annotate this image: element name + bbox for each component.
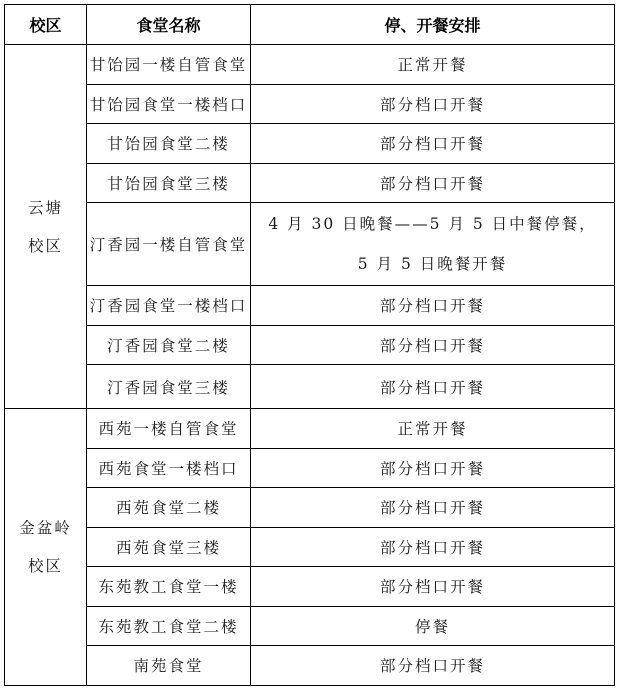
arrangement-line-1: 4 月 30 日晚餐——5 月 5 日中餐停餐，: [251, 204, 614, 244]
arrangement: 部分档口开餐: [251, 286, 615, 326]
arrangement: 部分档口开餐: [251, 567, 615, 607]
arrangement: 部分档口开餐: [251, 527, 615, 567]
canteen-name: 东苑教工食堂一楼: [87, 567, 251, 607]
canteen-name: 汀香园食堂三楼: [87, 365, 251, 409]
canteen-name: 南苑食堂: [87, 646, 251, 686]
campus-cell-jinpenling: 金盆岭 校区: [5, 409, 87, 686]
table-row: 东苑教工食堂一楼 部分档口开餐: [5, 567, 615, 607]
table-row: 甘饴园食堂三楼 部分档口开餐: [5, 163, 615, 203]
canteen-name: 西苑食堂三楼: [87, 527, 251, 567]
table-row: 甘饴园食堂二楼 部分档口开餐: [5, 124, 615, 164]
canteen-name: 甘饴园食堂一楼档口: [87, 84, 251, 124]
campus-name: 云塘: [5, 189, 86, 227]
table-row: 汀香园食堂二楼 部分档口开餐: [5, 325, 615, 365]
table-row: 甘饴园食堂一楼档口 部分档口开餐: [5, 84, 615, 124]
campus-cell-yuntang: 云塘 校区: [5, 45, 87, 409]
arrangement: 部分档口开餐: [251, 448, 615, 488]
canteen-name: 汀香园食堂二楼: [87, 325, 251, 365]
canteen-name: 西苑一楼自管食堂: [87, 409, 251, 449]
arrangement: 部分档口开餐: [251, 646, 615, 686]
table-row: 西苑食堂一楼档口 部分档口开餐: [5, 448, 615, 488]
canteen-schedule-table: 校区 食堂名称 停、开餐安排 云塘 校区 甘饴园一楼自管食堂 正常开餐 甘饴园食…: [4, 4, 615, 686]
table-row: 云塘 校区 甘饴园一楼自管食堂 正常开餐: [5, 45, 615, 85]
arrangement: 部分档口开餐: [251, 325, 615, 365]
table-row: 汀香园一楼自管食堂 4 月 30 日晚餐——5 月 5 日中餐停餐， 5 月 5…: [5, 203, 615, 286]
arrangement: 部分档口开餐: [251, 365, 615, 409]
arrangement: 正常开餐: [251, 45, 615, 85]
arrangement: 部分档口开餐: [251, 163, 615, 203]
table-row: 西苑食堂二楼 部分档口开餐: [5, 488, 615, 528]
table-row: 东苑教工食堂二楼 停餐: [5, 606, 615, 646]
canteen-name: 西苑食堂一楼档口: [87, 448, 251, 488]
header-campus: 校区: [5, 5, 87, 45]
canteen-name: 西苑食堂二楼: [87, 488, 251, 528]
header-canteen-name: 食堂名称: [87, 5, 251, 45]
canteen-name: 甘饴园食堂三楼: [87, 163, 251, 203]
table-row: 汀香园食堂三楼 部分档口开餐: [5, 365, 615, 409]
arrangement: 部分档口开餐: [251, 84, 615, 124]
table-header-row: 校区 食堂名称 停、开餐安排: [5, 5, 615, 45]
canteen-name: 甘饴园一楼自管食堂: [87, 45, 251, 85]
arrangement: 部分档口开餐: [251, 124, 615, 164]
table-row: 汀香园食堂一楼档口 部分档口开餐: [5, 286, 615, 326]
arrangement-line-2: 5 月 5 日晚餐开餐: [251, 244, 614, 284]
arrangement: 正常开餐: [251, 409, 615, 449]
canteen-name: 汀香园一楼自管食堂: [87, 203, 251, 286]
campus-name: 金盆岭: [5, 509, 86, 547]
campus-suffix: 校区: [5, 227, 86, 265]
arrangement: 4 月 30 日晚餐——5 月 5 日中餐停餐， 5 月 5 日晚餐开餐: [251, 203, 615, 286]
table-row: 金盆岭 校区 西苑一楼自管食堂 正常开餐: [5, 409, 615, 449]
canteen-name: 汀香园食堂一楼档口: [87, 286, 251, 326]
table-row: 西苑食堂三楼 部分档口开餐: [5, 527, 615, 567]
canteen-name: 东苑教工食堂二楼: [87, 606, 251, 646]
arrangement: 停餐: [251, 606, 615, 646]
canteen-name: 甘饴园食堂二楼: [87, 124, 251, 164]
header-arrangement: 停、开餐安排: [251, 5, 615, 45]
campus-suffix: 校区: [5, 547, 86, 585]
arrangement: 部分档口开餐: [251, 488, 615, 528]
table-row: 南苑食堂 部分档口开餐: [5, 646, 615, 686]
